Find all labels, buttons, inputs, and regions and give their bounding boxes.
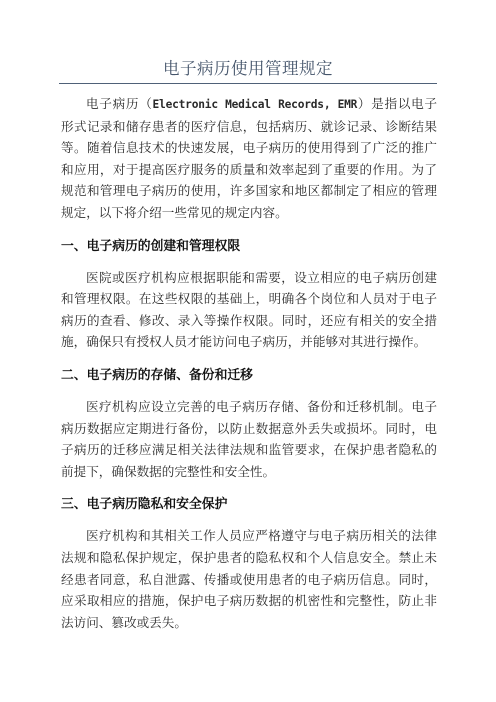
document-title: 电子病历使用管理规定 (0, 58, 496, 80)
intro-paragraph: 电子病历（Electronic Medical Records, EMR）是指以… (61, 93, 437, 224)
spacer (61, 515, 437, 525)
section-body-3: 医疗机构和其相关工作人员应严格遵守与电子病历相关的法律法规和隐私保护规定，保护患… (61, 525, 437, 633)
document-page: 电子病历使用管理规定 电子病历（Electronic Medical Recor… (0, 0, 496, 702)
section-heading-2: 二、电子病历的存储、备份和迁移 (61, 366, 437, 386)
section-body-2: 医疗机构应设立完善的电子病历存储、备份和迁移机制。电子病历数据应定期进行备份，以… (61, 396, 437, 482)
spacer (61, 224, 437, 237)
section-heading-3: 三、电子病历隐私和安全保护 (61, 495, 437, 515)
intro-text-rest: ）是指以电子形式记录和储存患者的医疗信息，包括病历、就诊记录、诊断结果等。随着信… (61, 96, 437, 220)
spacer (61, 257, 437, 267)
section-heading-1: 一、电子病历的创建和管理权限 (61, 237, 437, 257)
title-divider (59, 83, 437, 84)
spacer (61, 386, 437, 396)
spacer (61, 353, 437, 366)
intro-latin-term: Electronic Medical Records, EMR (153, 98, 358, 111)
document-body: 电子病历（Electronic Medical Records, EMR）是指以… (61, 93, 437, 633)
section-body-1: 医院或医疗机构应根据职能和需要，设立相应的电子病历创建和管理权限。在这些权限的基… (61, 267, 437, 353)
intro-text-start: 电子病历（ (86, 96, 153, 111)
spacer (61, 482, 437, 495)
